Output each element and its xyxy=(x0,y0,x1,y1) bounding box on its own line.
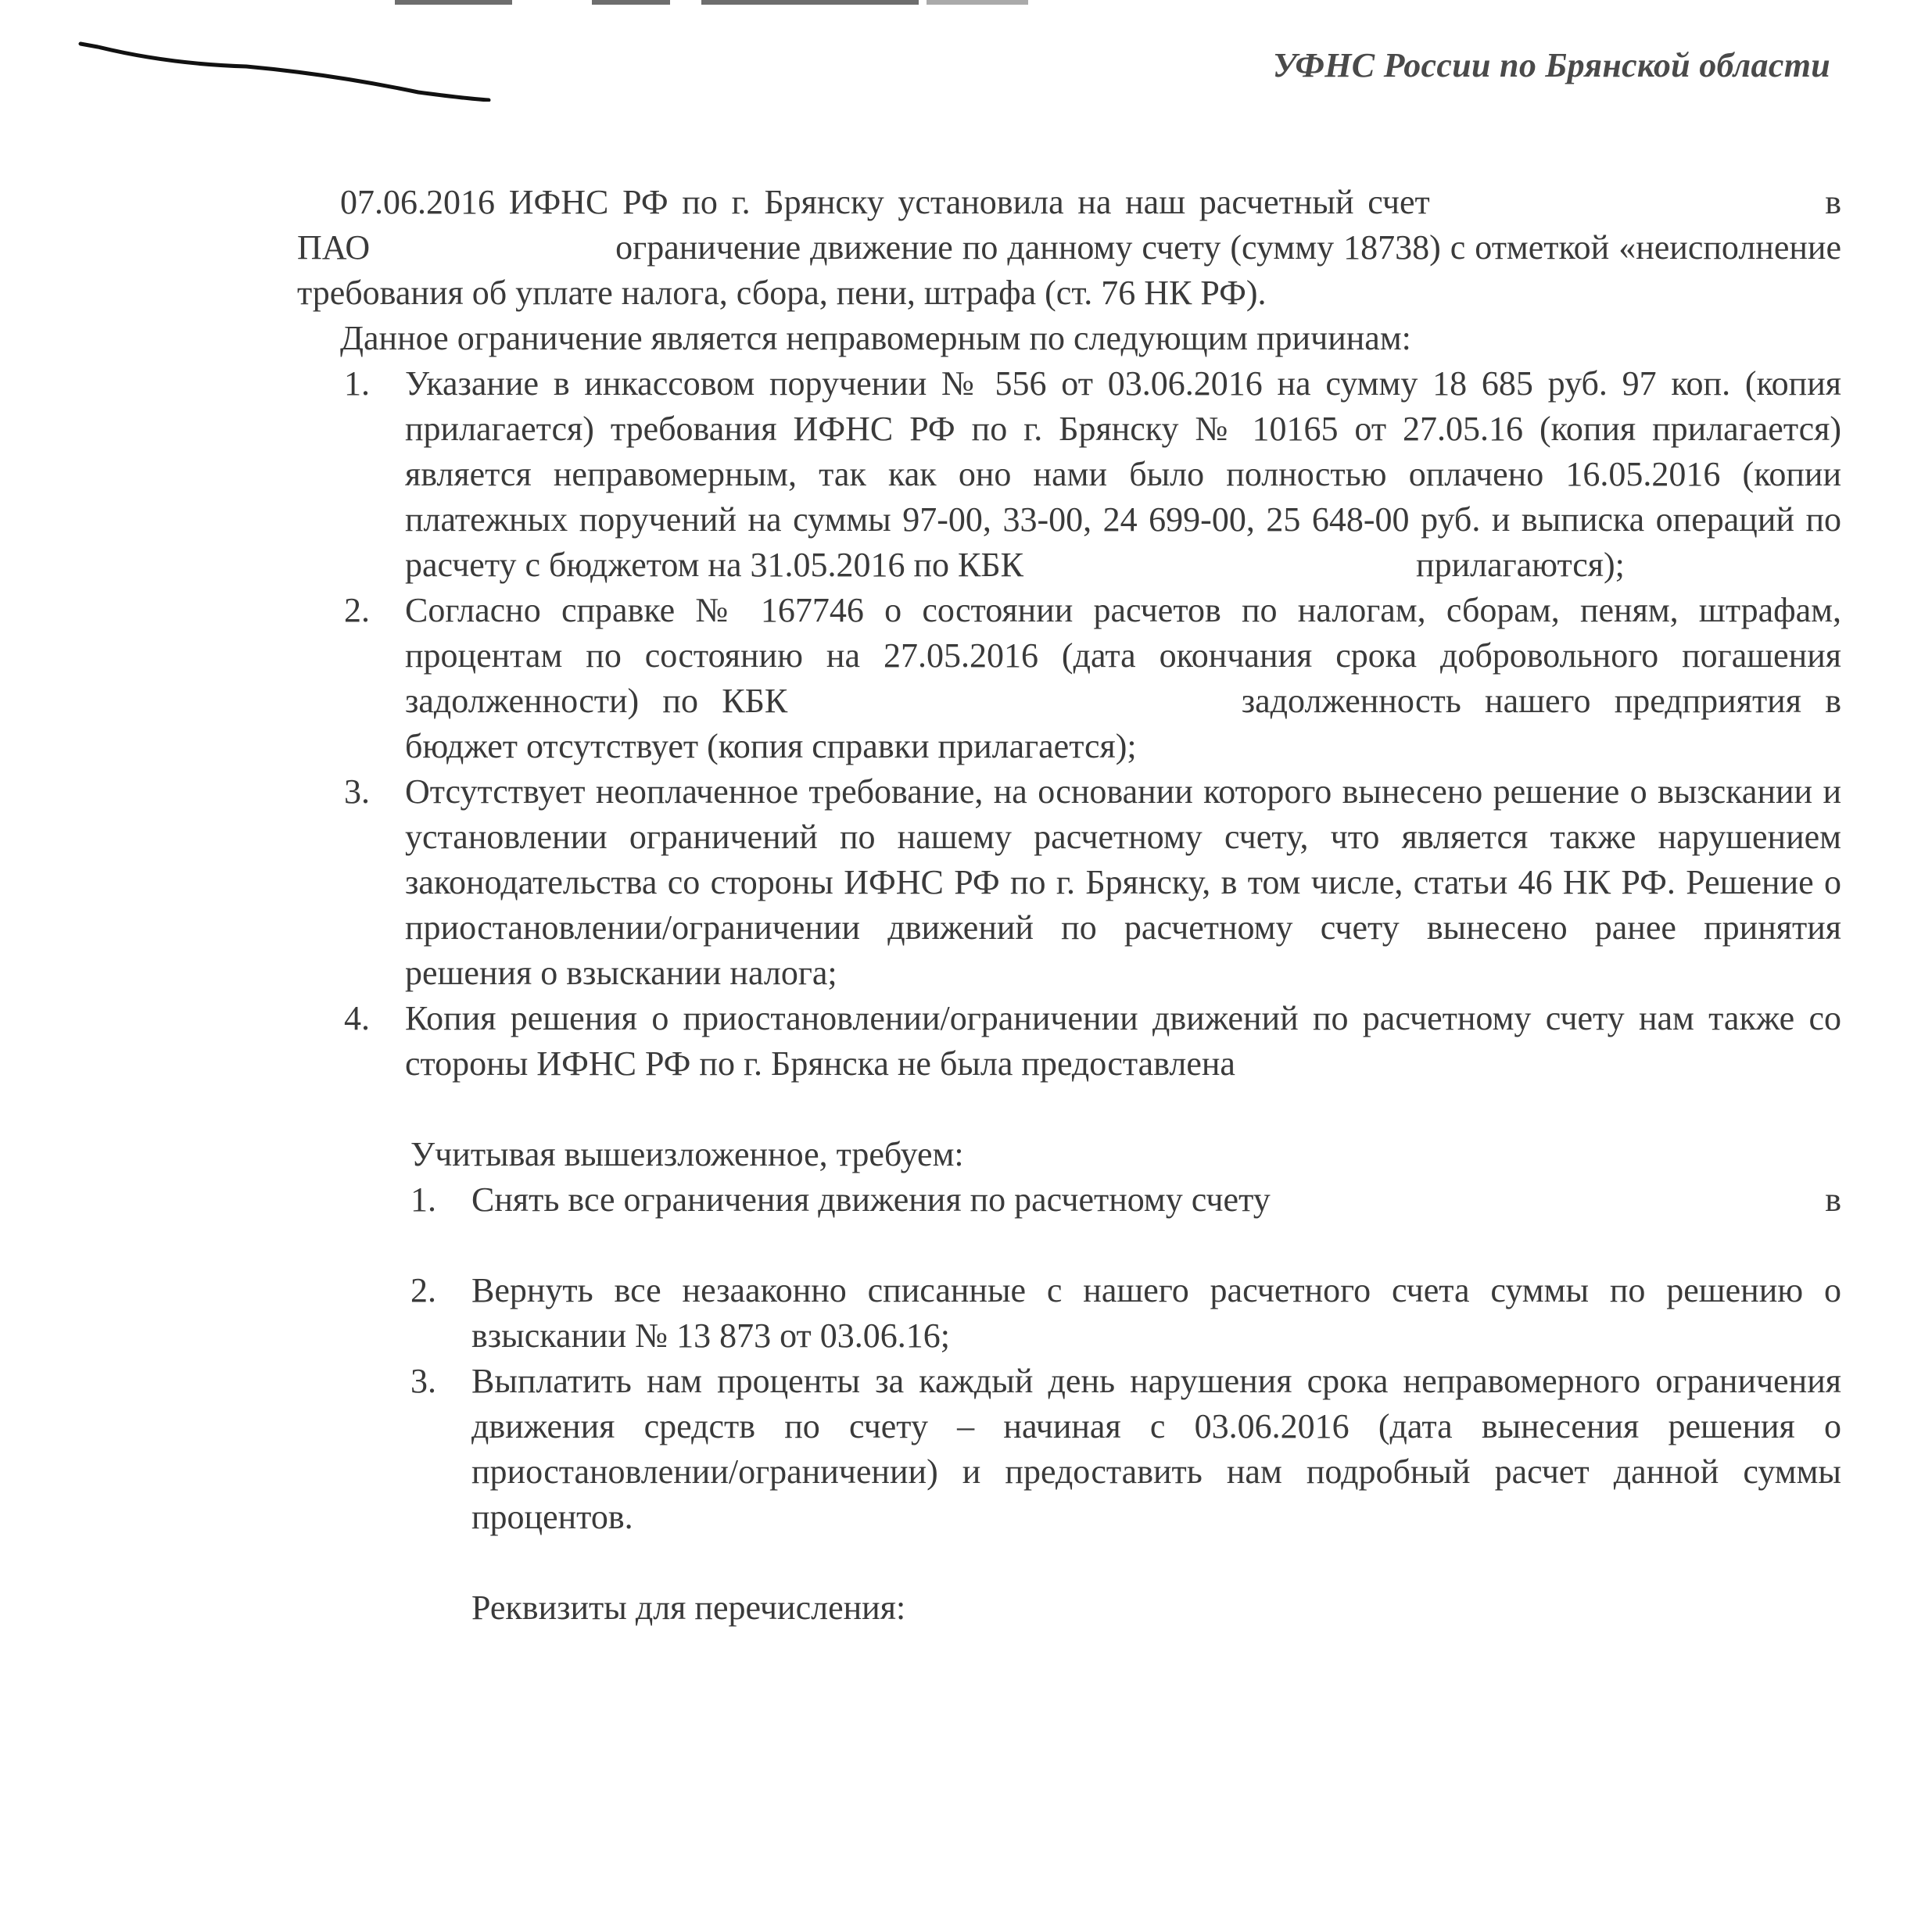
redacted-kbk xyxy=(811,689,1217,720)
scan-artifact-bar xyxy=(592,0,670,5)
list-item: 2. Вернуть все незааконно списанные с на… xyxy=(410,1268,1841,1359)
list-item: 3. Выплатить нам проценты за каждый день… xyxy=(410,1359,1841,1540)
redacted-line xyxy=(471,1223,1841,1268)
list-item: 2. Согласно справке № 167746 о состоянии… xyxy=(297,588,1841,769)
scan-artifact-bar xyxy=(395,0,512,5)
list-item: 3. Отсутствует неоплаченное требование, … xyxy=(297,769,1841,996)
redacted-account xyxy=(1444,190,1812,221)
redacted-account xyxy=(1279,1187,1670,1219)
redacted-bank xyxy=(379,235,606,267)
pen-stroke-mark xyxy=(74,31,496,102)
scan-artifact-bar xyxy=(701,0,919,5)
requisites-label: Реквизиты для перечисления: xyxy=(471,1585,1841,1631)
addressee-header: УФНС России по Брянской области xyxy=(1273,45,1830,85)
demands-section: Учитывая вышеизложенное, требуем: 1. Сня… xyxy=(410,1132,1841,1631)
reasons-list: 1. Указание в инкассовом поручении № 556… xyxy=(297,361,1841,1087)
list-item: 1. Указание в инкассовом поручении № 556… xyxy=(297,361,1841,588)
demands-lead: Учитывая вышеизложенное, требуем: xyxy=(410,1132,1841,1177)
scan-artifact-bar xyxy=(927,0,1028,5)
letter-body: 07.06.2016 ИФНС РФ по г. Брянску установ… xyxy=(297,180,1841,1631)
list-item: 4. Копия решения о приостановлении/огран… xyxy=(297,996,1841,1087)
list-item: 1. Снять все ограничения движения по рас… xyxy=(410,1177,1841,1268)
intro-paragraph: 07.06.2016 ИФНС РФ по г. Брянску установ… xyxy=(297,180,1841,316)
demands-list: 1. Снять все ограничения движения по рас… xyxy=(410,1177,1841,1540)
reasons-lead: Данное ограничение является неправомерны… xyxy=(297,316,1841,361)
redacted-kbk xyxy=(1032,553,1407,584)
